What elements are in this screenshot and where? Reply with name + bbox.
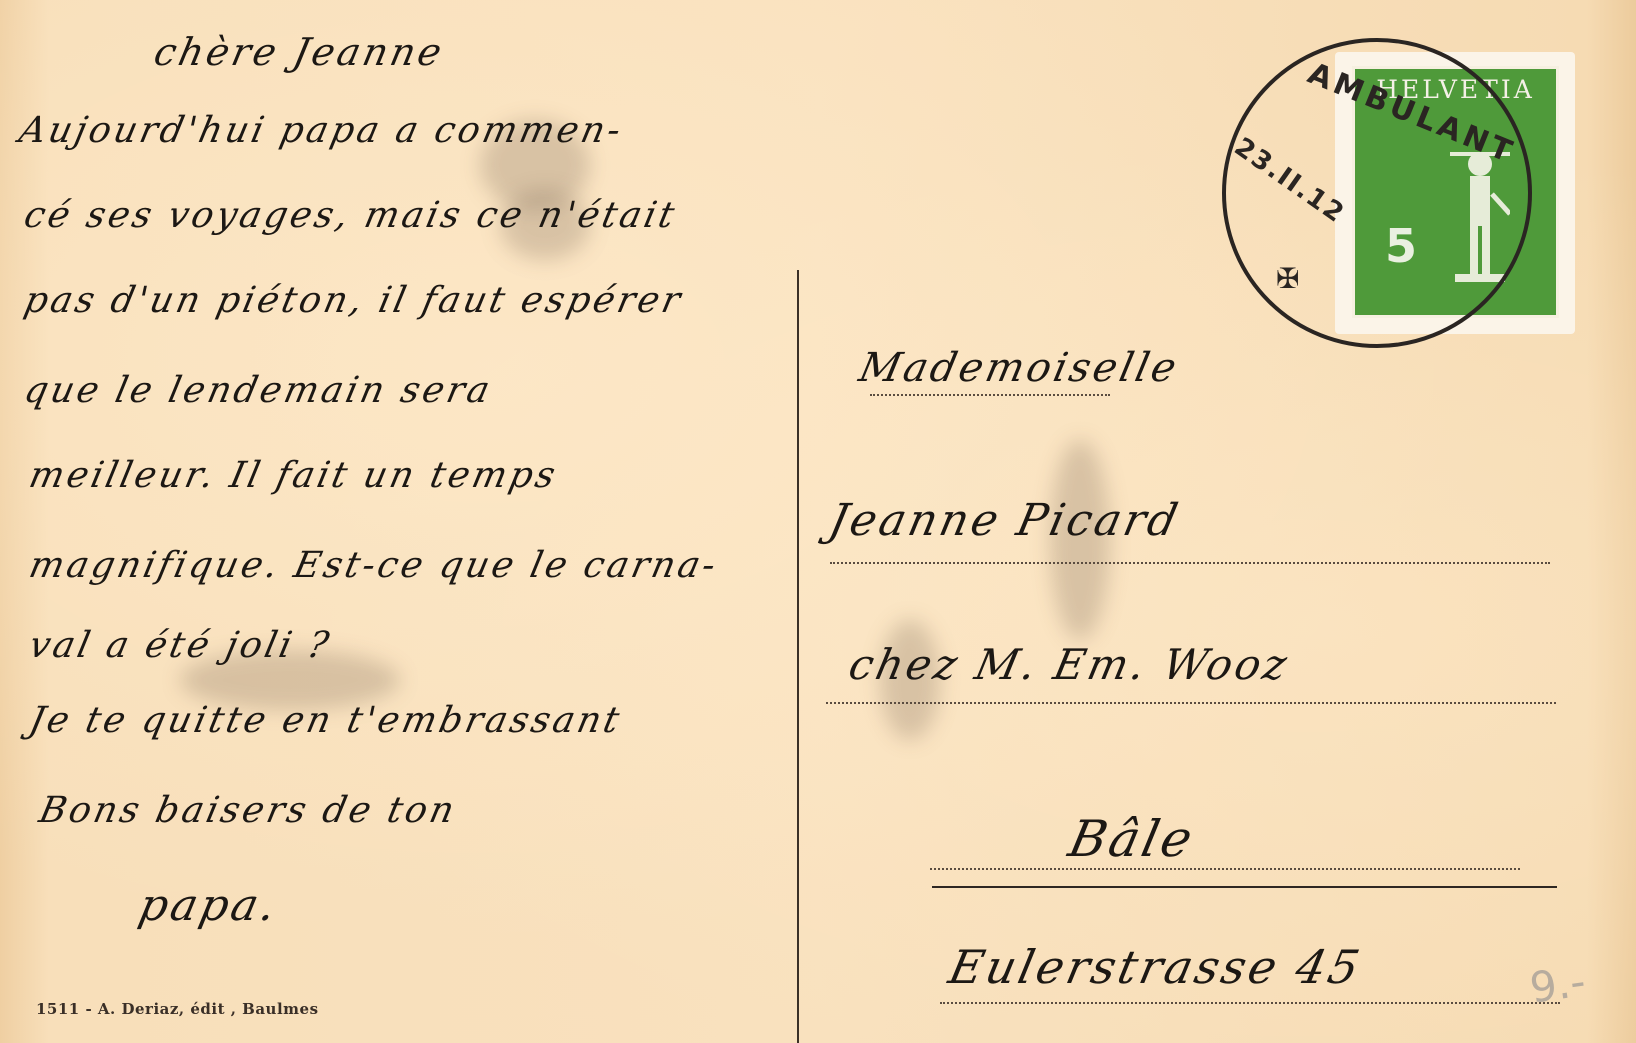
message-line: meilleur. Il fait un temps xyxy=(26,455,562,496)
message-line: Aujourd'hui papa a commen- xyxy=(16,110,628,151)
greeting-text: chère Jeanne xyxy=(150,30,448,74)
address-dotted-line xyxy=(830,562,1550,564)
postmark-date: 23.II.12 xyxy=(1229,132,1351,230)
message-line: magnifique. Est-ce que le carna- xyxy=(26,545,723,586)
address-line: Eulerstrasse 45 xyxy=(944,940,1367,994)
message-line: que le lendemain sera xyxy=(21,370,497,411)
address-dotted-line xyxy=(870,394,1110,396)
address-line: Bâle xyxy=(1064,810,1200,868)
address-line: chez M. Em. Wooz xyxy=(845,640,1294,689)
message-line: cé ses voyages, mais ce n'était xyxy=(21,195,681,236)
address-line: Jeanne Picard xyxy=(825,495,1185,546)
center-divider xyxy=(797,270,799,1043)
swiss-cross-icon: ✠ xyxy=(1276,262,1299,295)
postmark-cancel: AMBULANT 23.II.12 ✠ xyxy=(1222,38,1532,348)
address-dotted-line xyxy=(826,702,1556,704)
address-rule xyxy=(932,886,1557,888)
signature: papa. xyxy=(135,880,284,931)
address-dotted-line xyxy=(940,1002,1560,1004)
address-line: Mademoiselle xyxy=(855,345,1183,391)
message-line: Je te quitte en t'embrassant xyxy=(26,700,626,741)
pencil-price-note: 9.- xyxy=(1527,956,1589,1012)
address-dotted-line xyxy=(930,868,1520,870)
postcard-back: chère Jeanne Aujourd'hui papa a commen- … xyxy=(0,0,1636,1043)
message-line: Bons baisers de ton xyxy=(36,790,461,831)
message-line: val a été joli ? xyxy=(26,625,336,666)
publisher-imprint: 1511 - A. Deriaz, édit , Baulmes xyxy=(36,1000,319,1018)
message-line: pas d'un piéton, il faut espérer xyxy=(21,280,687,321)
